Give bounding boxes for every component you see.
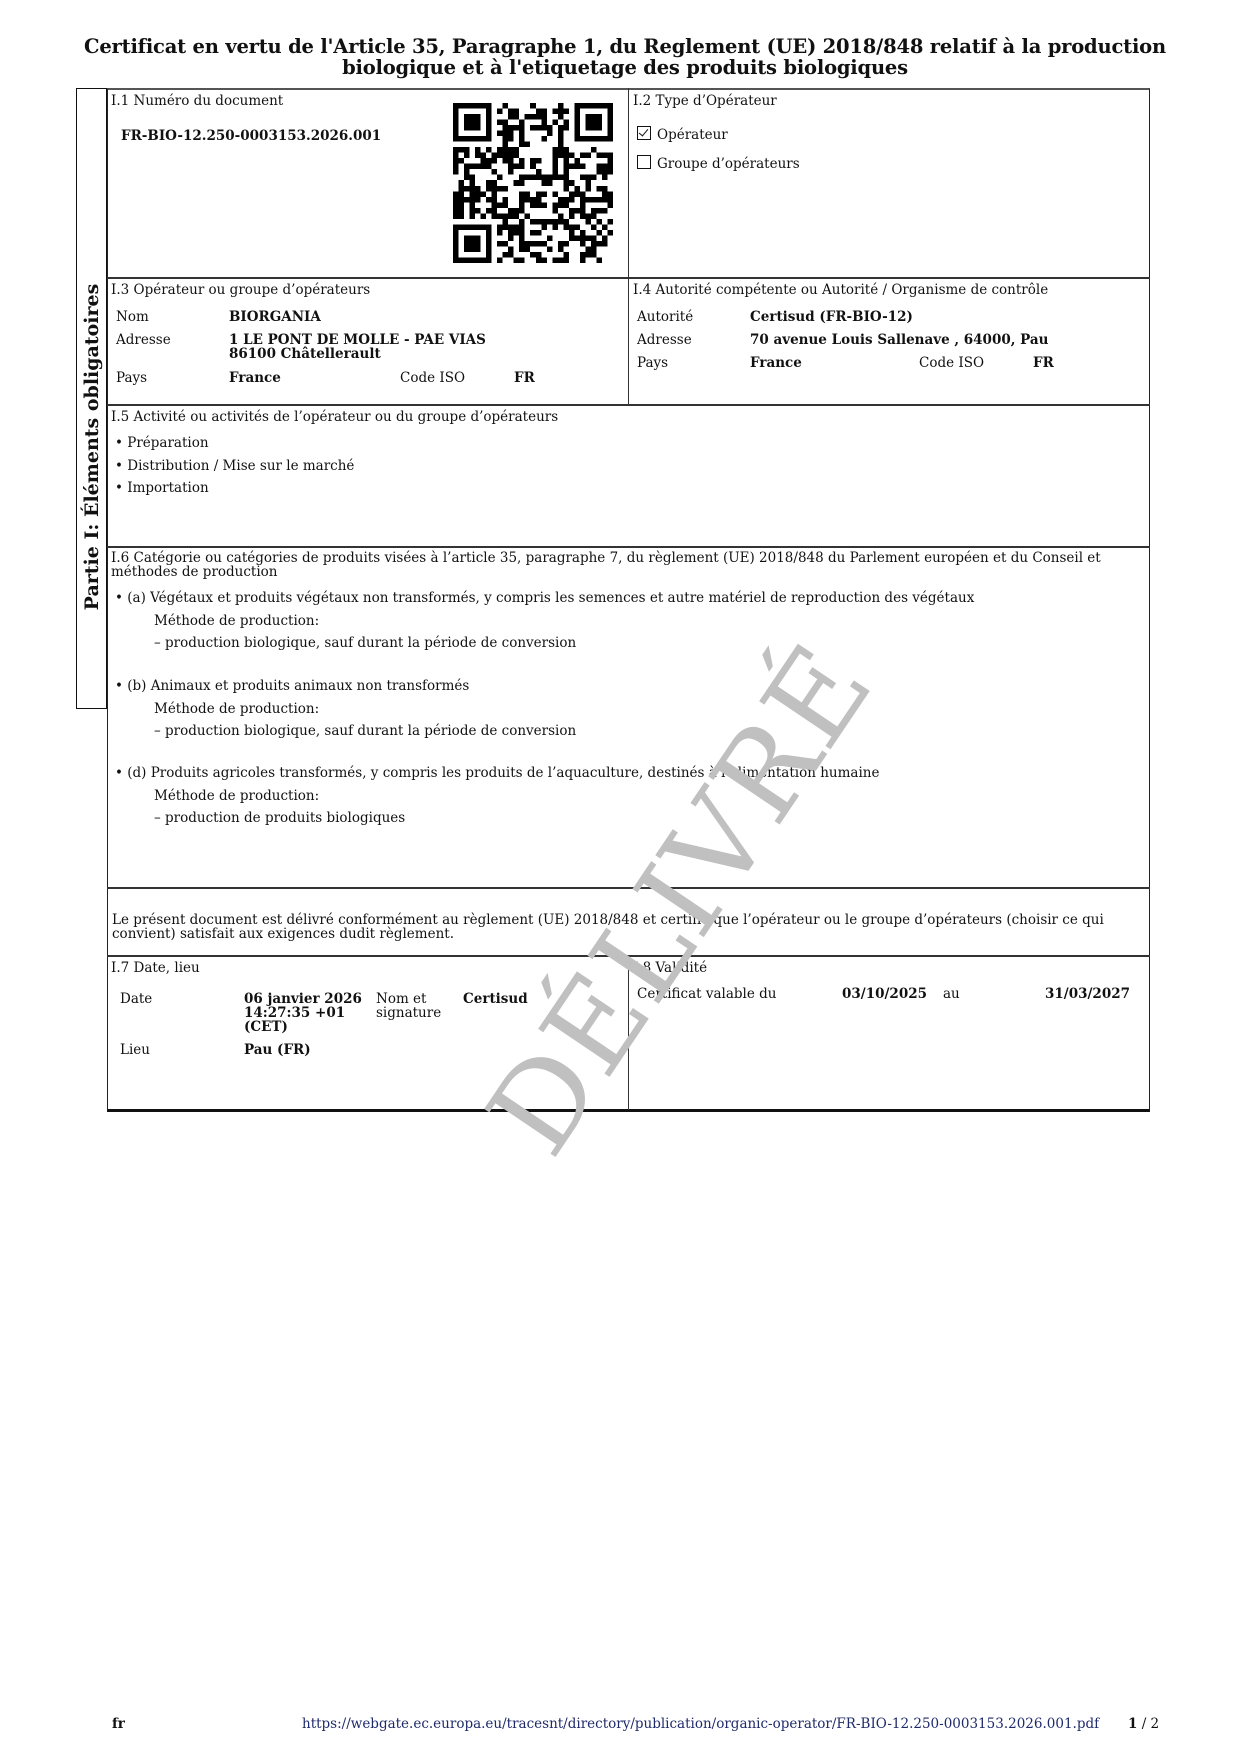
authority-label: Autorité bbox=[637, 309, 693, 325]
checkbox-checked-icon[interactable] bbox=[637, 126, 651, 140]
category-title: • (a) Végétaux et produits végétaux non … bbox=[115, 587, 974, 610]
i7-heading: I.7 Date, lieu bbox=[111, 961, 200, 976]
title-line-1: Certificat en vertu de l'Article 35, Par… bbox=[60, 36, 1190, 57]
divider bbox=[628, 955, 629, 1110]
category-a: • (a) Végétaux et produits végétaux non … bbox=[115, 587, 974, 655]
category-b: • (b) Animaux et produits animaux non tr… bbox=[115, 675, 576, 743]
divider bbox=[107, 404, 1150, 406]
authority-country: France bbox=[750, 356, 802, 371]
category-title: • (b) Animaux et produits animaux non tr… bbox=[115, 675, 576, 698]
i3-heading: I.3 Opérateur ou groupe d’opérateurs bbox=[111, 283, 370, 298]
certification-statement: Le présent document est délivré conformé… bbox=[112, 913, 1104, 941]
to-label: au bbox=[943, 986, 960, 1002]
valid-label: Certificat valable du bbox=[637, 986, 776, 1002]
method-value: – production de produits biologiques bbox=[115, 807, 879, 830]
method-label: Méthode de production: bbox=[115, 785, 879, 808]
authority-iso-label: Code ISO bbox=[919, 355, 984, 371]
operator-country: France bbox=[229, 371, 281, 386]
title-line-2: biologique et à l'etiquetage des produit… bbox=[60, 57, 1190, 78]
divider bbox=[107, 887, 1150, 889]
activity-list: • Préparation • Distribution / Mise sur … bbox=[115, 432, 354, 500]
i6-heading: I.6 Catégorie ou catégories de produits … bbox=[111, 551, 1101, 579]
document-title: Certificat en vertu de l'Article 35, Par… bbox=[60, 36, 1190, 78]
operator-address-line2: 86100 Châtellerault bbox=[229, 347, 381, 362]
address-label: Adresse bbox=[116, 332, 171, 348]
signature-value: Certisud bbox=[463, 992, 528, 1007]
page-indicator: 1 / 2 bbox=[1128, 1716, 1159, 1732]
part-sidebar: Partie I: Éléments obligatoires bbox=[76, 88, 107, 709]
activity-item: • Distribution / Mise sur le marché bbox=[115, 455, 354, 478]
option-groupe[interactable]: Groupe d’opérateurs bbox=[637, 155, 800, 172]
valid-from: 03/10/2025 bbox=[842, 987, 927, 1002]
category-title: • (d) Produits agricoles transformés, y … bbox=[115, 762, 879, 785]
country-label: Pays bbox=[116, 370, 147, 386]
operator-name: BIORGANIA bbox=[229, 310, 321, 325]
operator-iso: FR bbox=[514, 371, 535, 386]
activity-item: • Importation bbox=[115, 477, 354, 500]
authority-name: Certisud (FR-BIO-12) bbox=[750, 310, 913, 325]
footer-language: fr bbox=[112, 1716, 125, 1732]
method-label: Méthode de production: bbox=[115, 610, 974, 633]
i1-heading: I.1 Numéro du document bbox=[111, 94, 283, 109]
qr-code-icon bbox=[453, 103, 613, 263]
issue-date: 06 janvier 2026 14:27:35 +01 (CET) bbox=[244, 992, 362, 1034]
place-value: Pau (FR) bbox=[244, 1043, 311, 1058]
authority-address-label: Adresse bbox=[637, 332, 692, 348]
date-label: Date bbox=[120, 991, 152, 1007]
divider bbox=[107, 546, 1150, 548]
option-operateur[interactable]: Opérateur bbox=[637, 126, 728, 143]
method-value: – production biologique, sauf durant la … bbox=[115, 720, 576, 743]
i2-heading: I.2 Type d’Opérateur bbox=[633, 94, 777, 109]
iso-label: Code ISO bbox=[400, 370, 465, 386]
i8-heading: I.8 Validité bbox=[633, 961, 707, 976]
category-d: • (d) Produits agricoles transformés, y … bbox=[115, 762, 879, 830]
method-label: Méthode de production: bbox=[115, 698, 576, 721]
authority-country-label: Pays bbox=[637, 355, 668, 371]
method-value: – production biologique, sauf durant la … bbox=[115, 632, 974, 655]
i4-heading: I.4 Autorité compétente ou Autorité / Or… bbox=[633, 283, 1048, 298]
footer-url-link[interactable]: https://webgate.ec.europa.eu/tracesnt/di… bbox=[302, 1716, 1099, 1732]
authority-address: 70 avenue Louis Sallenave , 64000, Pau bbox=[750, 333, 1048, 348]
activity-item: • Préparation bbox=[115, 432, 354, 455]
checkbox-unchecked-icon[interactable] bbox=[637, 155, 651, 169]
document-number: FR-BIO-12.250-0003153.2026.001 bbox=[121, 129, 381, 144]
name-label: Nom bbox=[116, 309, 149, 325]
part-label: Partie I: Éléments obligatoires bbox=[81, 283, 103, 610]
valid-to: 31/03/2027 bbox=[1045, 987, 1130, 1002]
i5-heading: I.5 Activité ou activités de l’opérateur… bbox=[111, 410, 558, 425]
signature-label: Nom et signature bbox=[376, 992, 441, 1020]
divider bbox=[628, 88, 629, 404]
place-label: Lieu bbox=[120, 1042, 150, 1058]
authority-iso: FR bbox=[1033, 356, 1054, 371]
